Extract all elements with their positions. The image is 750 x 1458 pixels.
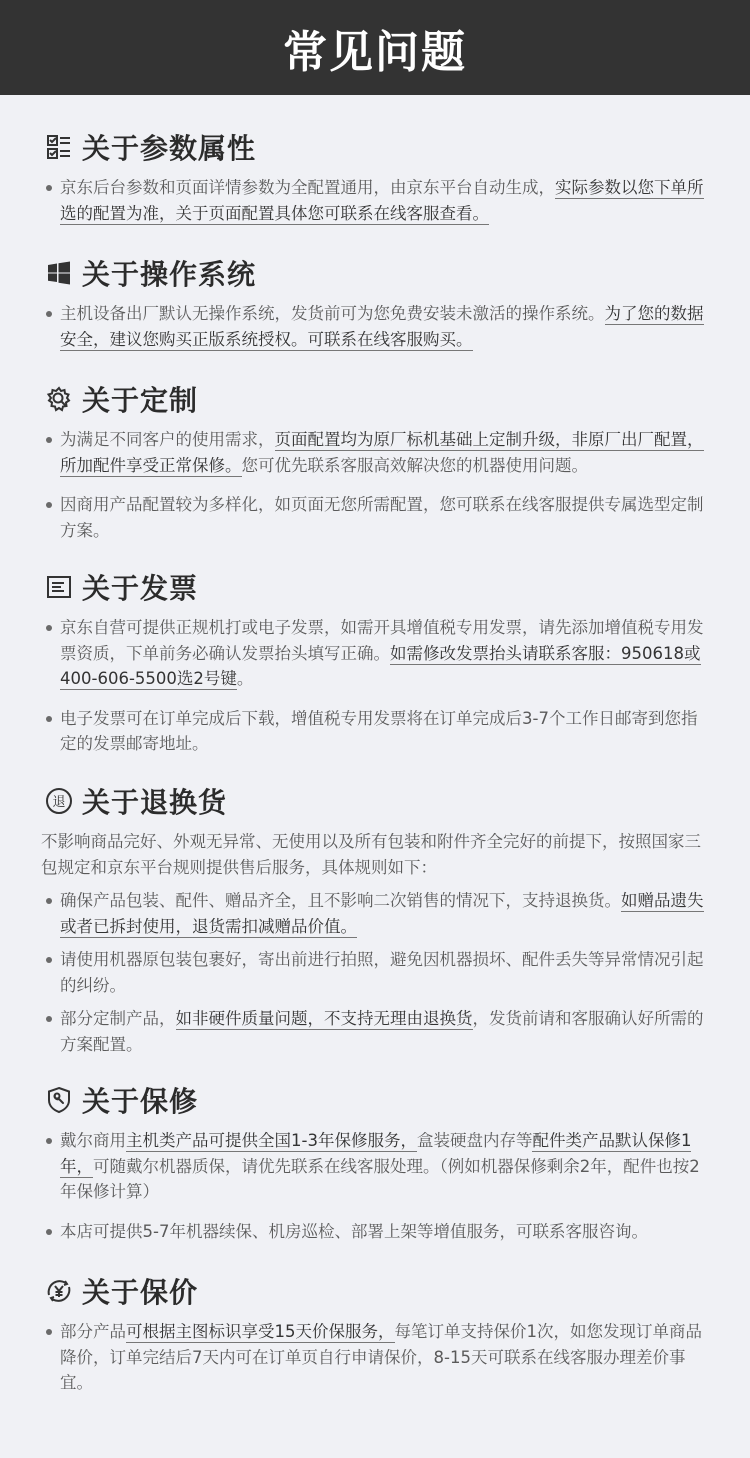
section-price-protect: 关于保价 部分产品可根据主图标识享受15天价保服务，每笔订单支持保价1次，如您发… [45,1271,710,1396]
return-circle-icon: 退 [45,787,73,815]
faq-item: 主机设备出厂默认无操作系统，发货前可为您免费安装未激活的操作系统。为了您的数据安… [45,301,710,352]
gear-search-icon [45,385,73,413]
item-emphasis: 主机类产品可提供全国1-3年保修服务， [126,1131,417,1152]
section-title-row: 关于发票 [45,567,710,607]
windows-icon [45,259,73,287]
faq-item: 为满足不同客户的使用需求，页面配置均为原厂标机基础上定制升级，非原厂出厂配置，所… [45,427,710,478]
faq-item: 因商用产品配置较为多样化，如页面无您所需配置，您可联系在线客服提供专属选型定制方… [45,492,710,543]
section-title: 关于退换货 [82,781,227,821]
checklist-icon [45,133,73,161]
section-title-row: 关于保修 [45,1080,710,1120]
item-text: 为满足不同客户的使用需求， [60,430,275,449]
item-text: 您可优先联系客服高效解决您的机器使用问题。 [242,456,589,475]
section-intro: 不影响商品完好、外观无异常、无使用以及所有包装和附件齐全完好的前提下，按照国家三… [41,829,710,880]
item-text: 可随戴尔机器质保，请优先联系在线客服处理。（例如机器保修剩余2年，配件也按2年保… [60,1157,700,1202]
item-emphasis: 如非硬件质量问题，不支持无理由退换货 [176,1009,473,1030]
section-title-row: 关于操作系统 [45,253,710,293]
faq-item: 电子发票可在订单完成后下载，增值税专用发票将在订单完成后3-7个工作日邮寄到您指… [45,706,710,757]
faq-item: 确保产品包装、配件、赠品齐全，且不影响二次销售的情况下，支持退换货。如赠品遗失或… [45,888,710,939]
item-text: 因商用产品配置较为多样化，如页面无您所需配置，您可联系在线客服提供专属选型定制方… [60,495,704,540]
section-params: 关于参数属性 京东后台参数和页面详情参数为全配置通用，由京东平台自动生成，实际参… [45,127,710,226]
faq-item: 部分定制产品，如非硬件质量问题，不支持无理由退换货，发货前请和客服确认好所需的方… [45,1006,710,1057]
section-title-row: 关于定制 [45,379,710,419]
section-title-row: 退 关于退换货 [45,781,710,821]
section-warranty: 关于保修 戴尔商用主机类产品可提供全国1-3年保修服务，盒装硬盘内存等配件类产品… [45,1080,710,1244]
faq-item: 本店可提供5-7年机器续保、机房巡检、部署上架等增值服务，可联系客服咨询。 [45,1219,710,1245]
section-title: 关于定制 [82,379,198,419]
section-os: 关于操作系统 主机设备出厂默认无操作系统，发货前可为您免费安装未激活的操作系统。… [45,253,710,352]
item-text: 电子发票可在订单完成后下载，增值税专用发票将在订单完成后3-7个工作日邮寄到您指… [60,709,697,754]
section-title-row: 关于保价 [45,1271,710,1311]
item-text: 部分产品 [60,1322,126,1341]
item-text: 主机设备出厂默认无操作系统，发货前可为您免费安装未激活的操作系统。 [60,304,605,323]
item-text: 请使用机器原包装包裹好，寄出前进行拍照，避免因机器损坏、配件丢失等异常情况引起的… [60,950,704,995]
page-title: 常见问题 [283,16,467,80]
section-title: 关于保修 [82,1080,198,1120]
section-title: 关于发票 [82,567,198,607]
item-text: 确保产品包装、配件、赠品齐全，且不影响二次销售的情况下，支持退换货。 [60,891,621,910]
faq-item: 请使用机器原包装包裹好，寄出前进行拍照，避免因机器损坏、配件丢失等异常情况引起的… [45,947,710,998]
faq-item: 京东自营可提供正规机打或电子发票，如需开具增值税专用发票，请先添加增值税专用发票… [45,615,710,692]
section-title-row: 关于参数属性 [45,127,710,167]
item-text: 部分定制产品， [60,1009,176,1028]
section-title: 关于参数属性 [82,127,256,167]
item-emphasis: 可根据主图标识享受15天价保服务， [126,1322,395,1343]
section-title: 关于保价 [82,1271,198,1311]
price-protect-icon [45,1277,73,1305]
item-text: 京东后台参数和页面详情参数为全配置通用，由京东平台自动生成， [60,178,555,197]
item-text: 。 [237,669,254,688]
invoice-icon [45,573,73,601]
faq-item: 京东后台参数和页面详情参数为全配置通用，由京东平台自动生成，实际参数以您下单所选… [45,175,710,226]
section-invoice: 关于发票 京东自营可提供正规机打或电子发票，如需开具增值税专用发票，请先添加增值… [45,567,710,757]
item-text: 盒装硬盘内存等 [417,1131,533,1150]
faq-item: 戴尔商用主机类产品可提供全国1-3年保修服务，盒装硬盘内存等配件类产品默认保修1… [45,1128,710,1205]
shield-wrench-icon [45,1086,73,1114]
section-title: 关于操作系统 [82,253,256,293]
section-customize: 关于定制 为满足不同客户的使用需求，页面配置均为原厂标机基础上定制升级，非原厂出… [45,379,710,543]
section-returns: 退 关于退换货 不影响商品完好、外观无异常、无使用以及所有包装和附件齐全完好的前… [45,781,710,1057]
item-text: 戴尔商用 [60,1131,126,1150]
svg-text:退: 退 [52,795,65,810]
faq-item: 部分产品可根据主图标识享受15天价保服务，每笔订单支持保价1次，如您发现订单商品… [45,1319,710,1396]
page-header: 常见问题 [0,0,750,95]
item-text: 本店可提供5-7年机器续保、机房巡检、部署上架等增值服务，可联系客服咨询。 [60,1222,648,1241]
